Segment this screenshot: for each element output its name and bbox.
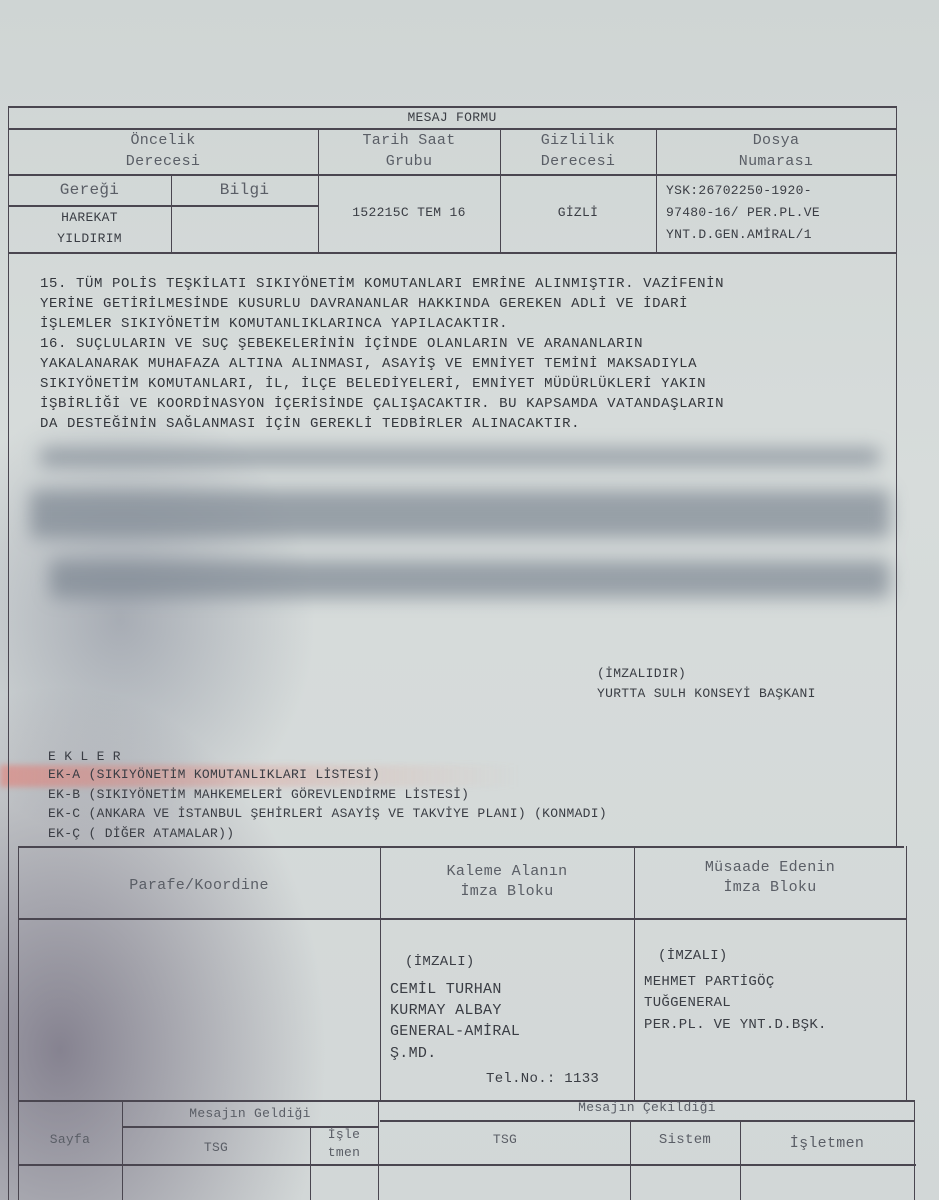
signature-title: YURTTA SULH KONSEYİ BAŞKANI: [597, 684, 816, 704]
kaleme-header-1: Kaleme Alanın: [380, 862, 634, 882]
dosya-no-line-3: YNT.D.GEN.AMİRAL/1: [666, 224, 812, 246]
table-border: [8, 106, 9, 1200]
body-line: 16. SUÇLULARIN VE SUÇ ŞEBEKELERİNİN İÇİN…: [40, 334, 643, 355]
geldigi-header: Mesajın Geldiği: [122, 1104, 378, 1124]
geregi-value-2: YILDIRIM: [8, 229, 171, 249]
isletmen-header-1b: tmen: [310, 1144, 378, 1162]
table-border: [914, 1100, 915, 1200]
table-border: [380, 1120, 914, 1122]
bilgi-label: Bilgi: [171, 180, 318, 200]
kaleme-dept: Ş.MD.: [390, 1044, 437, 1064]
geregi-label: Gereği: [8, 180, 171, 200]
form-title: MESAJ FORMU: [8, 108, 896, 128]
gizlilik-header-2: Derecesi: [500, 152, 656, 172]
kaleme-unit: GENERAL-AMİRAL: [390, 1022, 520, 1042]
dosya-no-line-2: 97480-16/ PER.PL.VE: [666, 202, 820, 224]
kaleme-tel: Tel.No.: 1133: [486, 1069, 599, 1089]
parafe-header: Parafe/Koordine: [18, 876, 380, 896]
cekildigi-header: Mesajın Çekildiği: [380, 1098, 914, 1118]
annex-item: EK-C (ANKARA VE İSTANBUL ŞEHİRLERİ ASAYİ…: [48, 804, 607, 824]
tarih-header-2: Grubu: [318, 152, 500, 172]
musaade-unit: PER.PL. VE YNT.D.BŞK.: [644, 1015, 827, 1035]
annexes-heading: E K L E R: [48, 747, 121, 767]
kaleme-name: CEMİL TURHAN: [390, 980, 502, 1000]
musaade-rank: TUĞGENERAL: [644, 993, 731, 1013]
kaleme-header-2: İmza Bloku: [380, 882, 634, 902]
tarih-header-1: Tarih Saat: [318, 131, 500, 151]
geregi-value-1: HAREKAT: [8, 208, 171, 228]
oncelik-header-1: Öncelik: [8, 131, 318, 151]
sayfa-header: Sayfa: [18, 1130, 122, 1150]
body-line: 15. TÜM POLİS TEŞKİLATI SIKIYÖNETİM KOMU…: [40, 274, 724, 295]
annex-item: EK-B (SIKIYÖNETİM MAHKEMELERİ GÖREVLENDİ…: [48, 785, 469, 805]
kaleme-status: (İMZALI): [405, 952, 475, 972]
dosya-header-2: Numarası: [656, 152, 896, 172]
gizlilik-value: GİZLİ: [500, 203, 656, 223]
dosya-header-1: Dosya: [656, 131, 896, 151]
table-border: [18, 1164, 916, 1166]
table-border: [18, 846, 904, 848]
musaade-header-1: Müsaade Edenin: [634, 858, 906, 878]
musaade-name: MEHMET PARTİGÖÇ: [644, 972, 775, 992]
table-border: [906, 846, 907, 1100]
table-border: [8, 174, 896, 176]
table-border: [18, 918, 906, 920]
body-line: YERİNE GETİRİLMESİNDE KUSURLU DAVRANANLA…: [40, 294, 688, 315]
musaade-status: (İMZALI): [658, 946, 728, 966]
musaade-header-2: İmza Bloku: [634, 878, 906, 898]
gizlilik-header-1: Gizlilik: [500, 131, 656, 151]
kaleme-rank: KURMAY ALBAY: [390, 1001, 502, 1021]
dosya-no-line-1: YSK:26702250-1920-: [666, 180, 812, 202]
table-border: [8, 252, 896, 254]
sistem-header: Sistem: [630, 1130, 740, 1150]
table-border: [8, 205, 318, 207]
body-line: DA DESTEĞİNİN SAĞLANMASI İÇİN GEREKLİ TE…: [40, 414, 580, 435]
redacted-text-block: [30, 440, 900, 620]
isletmen-header-2: İşletmen: [740, 1134, 914, 1154]
annex-item: EK-A (SIKIYÖNETİM KOMUTANLIKLARI LİSTESİ…: [48, 765, 380, 785]
oncelik-header-2: Derecesi: [8, 152, 318, 172]
tarih-saat-grubu-value: 152215C TEM 16: [318, 203, 500, 223]
body-line: YAKALANARAK MUHAFAZA ALTINA ALINMASI, AS…: [40, 354, 697, 375]
isletmen-header-1a: İşle: [310, 1126, 378, 1144]
body-line: SIKIYÖNETİM KOMUTANLARI, İL, İLÇE BELEDİ…: [40, 374, 706, 395]
tsg-header-1: TSG: [122, 1138, 310, 1158]
body-line: İŞLEMLER SIKIYÖNETİM KOMUTANLIKLARINCA Y…: [40, 314, 508, 335]
tsg-header-2: TSG: [380, 1130, 630, 1150]
annex-item: EK-Ç ( DİĞER ATAMALAR)): [48, 824, 234, 844]
table-border: [740, 1120, 741, 1200]
signature-status: (İMZALIDIR): [597, 664, 686, 684]
table-border: [8, 128, 896, 130]
table-border: [378, 1100, 379, 1200]
body-line: İŞBİRLİĞİ VE KOORDİNASYON İÇERİSİNDE ÇAL…: [40, 394, 724, 415]
